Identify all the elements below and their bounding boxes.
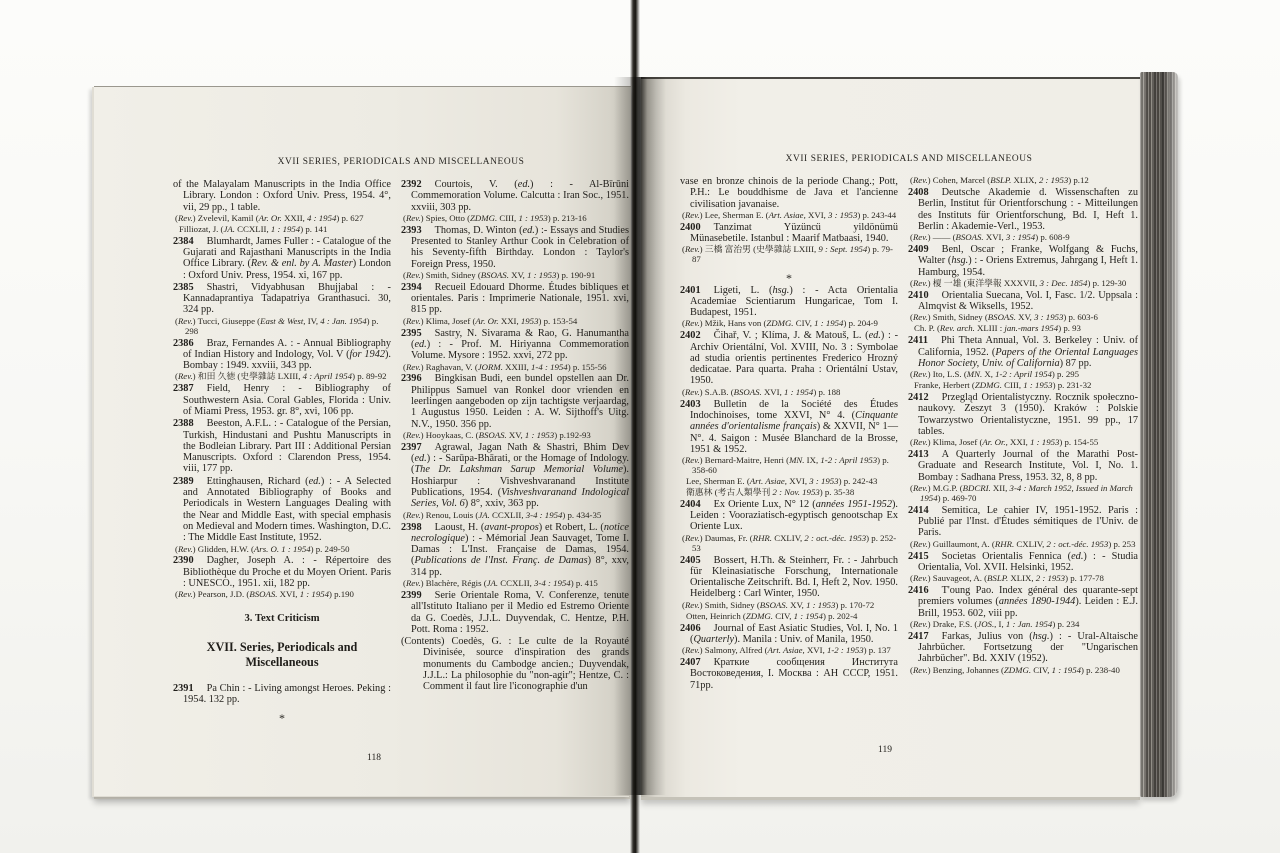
bib-entry-2415: 2415Societas Orientalis Fennica (ed.) : … bbox=[908, 551, 1138, 574]
review-line: (Rev.) Glidden, H.W. (Ars. O. 1 : 1954) … bbox=[173, 545, 391, 555]
entry-number: 2405 bbox=[680, 555, 701, 566]
bib-entry-2391: 2391Pa Chin : - Living amongst Heroes. P… bbox=[173, 683, 391, 706]
bib-entry-2406: 2406Journal of East Asiatic Studies, Vol… bbox=[680, 623, 898, 646]
review-line: (Rev.) Smith, Sidney (BSOAS. XV, 3 : 195… bbox=[908, 313, 1138, 323]
bib-entry-2388: 2388Beeston, A.F.L. : - Catalogue of the… bbox=[173, 418, 391, 474]
review-line: 衛惠林 (考古人類學刊 2 : Nov. 1953) p. 35-38 bbox=[680, 488, 898, 498]
right-page-column-2: (Rev.) Cohen, Marcel (BSLP. XLIX, 2 : 19… bbox=[908, 176, 1138, 792]
left-page: XVII SERIES, PERIODICALS AND MISCELLANEO… bbox=[94, 86, 631, 796]
review-line: (Rev.) Ito, L.S. (MN. X, 1-2 : April 195… bbox=[908, 370, 1138, 380]
running-header: XVII SERIES, PERIODICALS AND MISCELLANEO… bbox=[173, 157, 629, 167]
bib-entry-2413: 2413A Quarterly Journal of the Marathi P… bbox=[908, 449, 1138, 483]
bib-entry-2389: 2389Ettinghausen, Richard (ed.) : - A Se… bbox=[173, 476, 391, 544]
bib-entry-2393: 2393Thomas, D. Winton (ed.) :- Essays an… bbox=[401, 225, 629, 270]
fore-edge-pages bbox=[1140, 72, 1178, 797]
entry-number: 2392 bbox=[401, 179, 422, 190]
bib-entry-2403: 2403Bulletin de la Société des Études In… bbox=[680, 399, 898, 455]
entry-number: 2395 bbox=[401, 328, 422, 339]
entry-number: 2412 bbox=[908, 392, 929, 403]
review-line: (Rev.) Guillaumont, A. (RHR. CXLIV, 2 : … bbox=[908, 540, 1138, 550]
entry-number: 2414 bbox=[908, 505, 929, 516]
bib-entry-2385: 2385Shastri, Vidyabhusan Bhujjabal : - K… bbox=[173, 282, 391, 316]
bib-entry-continuation: of the Malayalam Manuscripts in the Indi… bbox=[173, 179, 391, 213]
entry-number: 2416 bbox=[908, 585, 929, 596]
review-line: (Rev.) Daumas, Fr. (RHR. CXLIV, 2 : oct.… bbox=[680, 534, 898, 554]
bib-entry-2399: 2399Serie Orientale Roma, V. Conferenze,… bbox=[401, 590, 629, 635]
review-line: (Rev.) Klima, Josef (Ar. Or., XXI, 1 : 1… bbox=[908, 438, 1138, 448]
bib-entry-2387: 2387Field, Henry : - Bibliography of Sou… bbox=[173, 383, 391, 417]
bib-entry-2407: 2407Краткие сообщения Института Востоков… bbox=[680, 657, 898, 691]
bib-entry-2401: 2401Ligeti, L. (hsg.) : - Acta Orientali… bbox=[680, 285, 898, 319]
entry-number: 2400 bbox=[680, 222, 701, 233]
entry-number: 2402 bbox=[680, 330, 701, 341]
bib-entry-2390: 2390Dagher, Joseph A. : - Répertoire des… bbox=[173, 555, 391, 589]
entry-number: 2417 bbox=[908, 631, 929, 642]
review-line: (Rev.) Blachère, Régis (JA. CCXLII, 3-4 … bbox=[401, 579, 629, 589]
entry-number: 2386 bbox=[173, 338, 194, 349]
right-page-column-1: vase en bronze chinois de la periode Cha… bbox=[680, 176, 898, 792]
review-line: (Rev.) Klima, Josef (Ar. Or. XXI, 1953) … bbox=[401, 317, 629, 327]
entry-number: 2391 bbox=[173, 683, 194, 694]
entry-number: 2399 bbox=[401, 590, 422, 601]
review-line: (Rev.) Pearson, J.D. (BSOAS. XVI, 1 : 19… bbox=[173, 590, 391, 600]
entry-number: 2390 bbox=[173, 555, 194, 566]
review-line: (Rev.) Lee, Sherman E. (Art. Asiae, XVI,… bbox=[680, 211, 898, 221]
bib-entry-2410: 2410Orientalia Suecana, Vol. I, Fasc. 1/… bbox=[908, 290, 1138, 313]
entry-number: 2385 bbox=[173, 282, 194, 293]
bib-entry-2412: 2412Przegląd Orientalistyczny. Rocznik s… bbox=[908, 392, 1138, 437]
review-line: (Rev.) Smith, Sidney (BSOAS. XV, 1 : 195… bbox=[401, 271, 629, 281]
page-number: 119 bbox=[843, 745, 927, 755]
review-line: (Rev.) S.A.B. (BSOAS. XVI, 1 : 1954) p. … bbox=[680, 388, 898, 398]
separator-star: * bbox=[173, 713, 391, 724]
review-line: Lee, Sherman E. (Art. Asiae, XVI, 3 : 19… bbox=[680, 477, 898, 487]
entry-number: 2393 bbox=[401, 225, 422, 236]
review-line: (Rev.) Cohen, Marcel (BSLP. XLIX, 2 : 19… bbox=[908, 176, 1138, 186]
separator-star: * bbox=[680, 273, 898, 284]
entry-number: 2387 bbox=[173, 383, 194, 394]
entry-number: 2415 bbox=[908, 551, 929, 562]
contents-note: (Contents) Coedès, G. : Le culte de la R… bbox=[401, 636, 629, 692]
section-heading: XVII. Series, Periodicals and Miscellane… bbox=[177, 640, 387, 670]
bib-entry-2414: 2414Semitica, Le cahier IV, 1951-1952. P… bbox=[908, 505, 1138, 539]
entry-number: 2403 bbox=[680, 399, 701, 410]
review-line: (Rev.) 榎 一雄 (東洋學報 XXXVII, 3 : Dec. 1854)… bbox=[908, 279, 1138, 289]
entry-number: 2397 bbox=[401, 442, 422, 453]
review-line: (Rev.) Drake, F.S. (JOS., I, 1 : Jan. 19… bbox=[908, 620, 1138, 630]
bib-entry-2402: 2402Čihař, V. ; Klíma, J. & Matouš, L. (… bbox=[680, 330, 898, 386]
review-line: (Rev.) Sauvageot, A. (BSLP. XLIX, 2 : 19… bbox=[908, 574, 1138, 584]
left-page-column-2: 2392Courtois, V. (ed.) : - Al-Bīrūni Com… bbox=[401, 179, 629, 793]
bib-entry-2397: 2397Agrawal, Jagan Nath & Shastri, Bhim … bbox=[401, 442, 629, 510]
entry-number: 2410 bbox=[908, 290, 929, 301]
entry-number: 2401 bbox=[680, 285, 701, 296]
entry-number: 2384 bbox=[173, 236, 194, 247]
bib-entry-2398: 2398Laoust, H. (avant-propos) et Robert,… bbox=[401, 522, 629, 578]
bib-entry-2396: 2396Bingkisan Budi, een bundel opstellen… bbox=[401, 373, 629, 429]
bib-entry-2384: 2384Blumhardt, James Fuller : - Catalogu… bbox=[173, 236, 391, 281]
entry-number: 2398 bbox=[401, 522, 422, 533]
bib-entry-2394: 2394Recueil Edouard Dhorme. Études bibli… bbox=[401, 282, 629, 316]
bib-entry-2404: 2404Ex Oriente Lux, N° 12 (années 1951-1… bbox=[680, 499, 898, 533]
review-line: (Rev.) —— (BSOAS. XVI, 3 : 1954) p. 608-… bbox=[908, 233, 1138, 243]
bib-entry-2386: 2386Braz, Fernandes A. : - Annual Biblio… bbox=[173, 338, 391, 372]
entry-number: 2409 bbox=[908, 244, 929, 255]
running-header: XVII SERIES, PERIODICALS AND MISCELLANEO… bbox=[680, 154, 1138, 164]
bib-entry-2400: 2400Tanzimat Yüzüncü yildönümü Münasebet… bbox=[680, 222, 898, 245]
entry-number: 2404 bbox=[680, 499, 701, 510]
review-line: (Rev.) 和田 久徳 (史學雜誌 LXIII, 4 : April 1954… bbox=[173, 372, 391, 382]
review-line: (Rev.) Renou, Louis (JA. CCXLII, 3-4 : 1… bbox=[401, 511, 629, 521]
bib-entry-2395: 2395Sastry, N. Sivarama & Rao, G. Hanuma… bbox=[401, 328, 629, 362]
page-number: 118 bbox=[332, 753, 416, 763]
review-line: (Rev.) Smith, Sidney (BSOAS. XV, 1 : 195… bbox=[680, 601, 898, 611]
entry-number: 2396 bbox=[401, 373, 422, 384]
right-page: XVII SERIES, PERIODICALS AND MISCELLANEO… bbox=[641, 77, 1140, 797]
review-line: Franke, Herbert (ZDMG. CIII, 1 : 1953) p… bbox=[908, 381, 1138, 391]
review-line: (Rev.) 三橋 富治男 (史學雜誌 LXIII, 9 : Sept. 195… bbox=[680, 245, 898, 265]
review-line: (Rev.) Mžik, Hans von (ZDMG. CIV, 1 : 19… bbox=[680, 319, 898, 329]
bib-entry-2411: 2411Phi Theta Annual, Vol. 3. Berkeley :… bbox=[908, 335, 1138, 369]
bib-entry-2408: 2408Deutsche Akademie d. Wissenschaften … bbox=[908, 187, 1138, 232]
bib-entry-2392: 2392Courtois, V. (ed.) : - Al-Bīrūni Com… bbox=[401, 179, 629, 213]
left-page-column-1: of the Malayalam Manuscripts in the Indi… bbox=[173, 179, 391, 793]
review-line: Ch. P. (Rev. arch. XLIII : jan.-mars 195… bbox=[908, 324, 1138, 334]
review-line: (Rev.) Bernard-Maitre, Henri (MN. IX, 1-… bbox=[680, 456, 898, 476]
review-line: (Rev.) Raghavan, V. (JORM. XXIII, 1-4 : … bbox=[401, 363, 629, 373]
review-line: Otten, Heinrich (ZDMG. CIV, 1 : 1954) p.… bbox=[680, 612, 898, 622]
entry-number: 2406 bbox=[680, 623, 701, 634]
review-line: (Rev.) M.G.P. (BDCRI. XII, 3-4 : March 1… bbox=[908, 484, 1138, 504]
review-line: (Rev.) Tucci, Giuseppe (East & West, IV,… bbox=[173, 317, 391, 337]
bib-entry-2405: 2405Bossert, H.Th. & Steinherr, Fr. : - … bbox=[680, 555, 898, 600]
entry-number: 2389 bbox=[173, 476, 194, 487]
review-line: Filliozat, J. (JA. CCXLII, 1 : 1954) p. … bbox=[173, 225, 391, 235]
bib-entry-2409: 2409Benl, Oscar ; Franke, Wolfgang & Fuc… bbox=[908, 244, 1138, 278]
entry-number: 2388 bbox=[173, 418, 194, 429]
bib-entry-2416: 2416T'oung Pao. Index général des quaran… bbox=[908, 585, 1138, 619]
bib-entry-2417: 2417Farkas, Julius von (hsg.) : - Ural-A… bbox=[908, 631, 1138, 665]
bib-entry-continuation: vase en bronze chinois de la periode Cha… bbox=[680, 176, 898, 210]
review-line: (Rev.) Hooykaas, C. (BSOAS. XV, 1 : 1953… bbox=[401, 431, 629, 441]
entry-number: 2408 bbox=[908, 187, 929, 198]
review-line: (Rev.) Spies, Otto (ZDMG. CIII, 1 : 1953… bbox=[401, 214, 629, 224]
entry-number: 2413 bbox=[908, 449, 929, 460]
review-line: (Rev.) Zvelevil, Kamil (Ar. Or. XXII, 4 … bbox=[173, 214, 391, 224]
review-line: (Rev.) Benzing, Johannes (ZDMG. CIV, 1 :… bbox=[908, 666, 1138, 676]
entry-number: 2407 bbox=[680, 657, 701, 668]
entry-number: 2411 bbox=[908, 335, 928, 346]
section-heading: 3. Text Criticism bbox=[173, 613, 391, 624]
book-spine bbox=[630, 0, 640, 853]
entry-number: 2394 bbox=[401, 282, 422, 293]
review-line: (Rev.) Salmony, Alfred (Art. Asiae, XVI,… bbox=[680, 646, 898, 656]
